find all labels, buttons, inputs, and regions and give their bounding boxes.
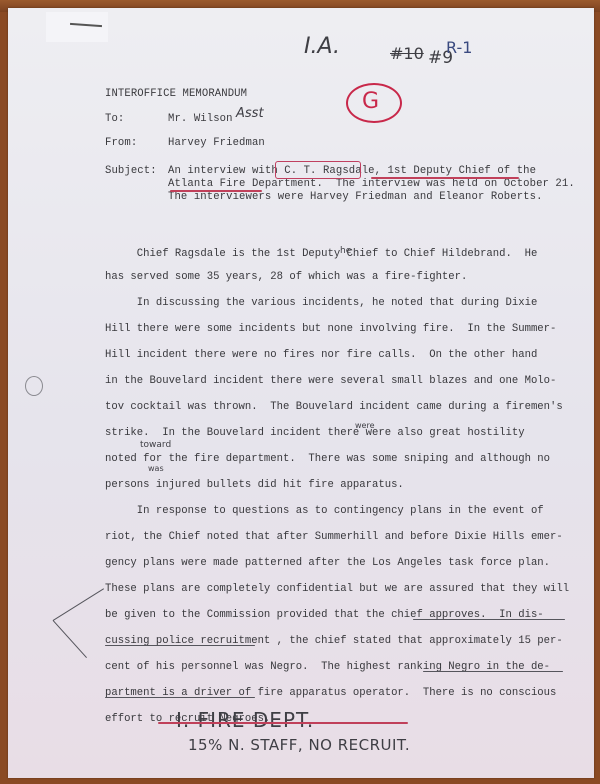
red-underline (158, 722, 408, 724)
body-line: in the Bouvelard incident there were sev… (105, 375, 556, 387)
body-line: tov cocktail was thrown. The Bouvelard i… (105, 401, 563, 413)
circled-letter-stamp: G (346, 83, 402, 123)
footer-heading: I. FIRE DEPT. (176, 708, 314, 732)
from-value: Harvey Friedman (168, 137, 265, 149)
to-label: To: (105, 113, 124, 125)
body-line: Hill there were some incidents but none … (105, 323, 556, 335)
red-underline (371, 177, 519, 179)
to-handwritten-note: Asst (236, 106, 264, 121)
interlinear-edit: was (148, 464, 164, 473)
file-suffix: R-1 (446, 38, 472, 57)
subject-line-3: The interviewers were Harvey Friedman an… (168, 191, 543, 203)
memo-page: I.A. #10 #9 R-1 G INTEROFFICE MEMORANDUM… (8, 8, 594, 778)
margin-bracket (53, 588, 105, 621)
body-line: strike. In the Bouvelard incident there … (105, 427, 525, 439)
body-line: Chief Ragsdale is the 1st Deputy Chief t… (105, 248, 537, 260)
sticky-note (46, 12, 108, 42)
subject-label: Subject: (105, 165, 157, 177)
body-line: gency plans were made patterned after th… (105, 557, 550, 569)
struck-number: #10 (390, 44, 424, 63)
circled-letter: G (362, 89, 379, 114)
red-underline (170, 190, 262, 192)
interlinear-edit: were (355, 421, 375, 430)
punch-hole (25, 376, 43, 396)
name-highlight-box (275, 161, 361, 179)
memo-title: INTEROFFICE MEMORANDUM (105, 88, 247, 100)
archive-code: I.A. (304, 34, 340, 59)
body-line: In response to questions as to contingen… (105, 505, 544, 517)
body-line: In discussing the various incidents, he … (105, 297, 537, 309)
body-line: Hill incident there were no fires nor fi… (105, 349, 537, 361)
to-value: Mr. Wilson (168, 113, 233, 125)
body-line: These plans are completely confidential … (105, 583, 569, 595)
footer-note: 15% N. STAFF, NO RECRUIT. (188, 736, 410, 754)
interlinear-edit: he (340, 246, 351, 256)
body-line: has served some 35 years, 28 of which wa… (105, 271, 467, 283)
body-line: noted for the fire department. There was… (105, 453, 550, 465)
from-label: From: (105, 137, 137, 149)
body-line: persons injured bullets did hit fire app… (105, 479, 404, 491)
subject-line-2: Atlanta Fire Department. The interview w… (168, 178, 575, 190)
interlinear-edit: toward (140, 440, 171, 450)
margin-bracket (52, 620, 86, 658)
body-line: riot, the Chief noted that after Summerh… (105, 531, 563, 543)
